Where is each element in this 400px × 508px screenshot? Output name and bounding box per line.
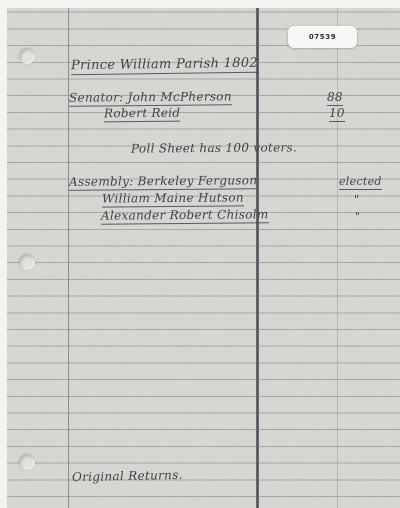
scanned-page: 07539 Prince William Parish 1802 Senator…: [0, 0, 400, 508]
candidate-name: Alexander Robert Chisolm: [101, 207, 269, 224]
ruled-lines: [7, 8, 400, 508]
hole-punch-middle: [19, 254, 35, 270]
poll-sheet-note: Poll Sheet has 100 voters.: [131, 140, 297, 155]
assembly-row-3: Alexander Robert Chisolm: [101, 207, 269, 222]
gutter-line: [256, 8, 259, 508]
senator-row-1: Senator: John McPherson: [69, 89, 232, 104]
catalog-number: 07539: [309, 33, 336, 41]
left-margin-line: [68, 8, 69, 508]
hole-punch-bottom: [19, 454, 35, 470]
right-margin-line: [337, 8, 338, 508]
assembly-result-1: elected: [339, 175, 382, 188]
paper-texture: [7, 8, 400, 508]
assembly-office-label: Assembly:: [69, 174, 134, 189]
page-title: Prince William Parish 1802: [71, 56, 258, 74]
senator-row-2: Robert Reid: [104, 106, 180, 121]
candidate-name: William Maine Hutson: [102, 190, 244, 207]
catalog-sticker: 07539: [288, 26, 357, 48]
assembly-result-2: ": [354, 193, 359, 206]
candidate-name: John McPherson: [128, 89, 232, 104]
candidate-name: Robert Reid: [104, 106, 181, 123]
assembly-row-1: Assembly: Berkeley Ferguson: [69, 173, 257, 189]
assembly-result-3: ": [355, 210, 360, 223]
candidate-name: Berkeley Ferguson: [138, 173, 258, 188]
assembly-row-2: William Maine Hutson: [102, 190, 244, 205]
paper: 07539 Prince William Parish 1802 Senator…: [7, 8, 400, 508]
senator-votes-1: 88: [327, 90, 343, 104]
hole-punch-top: [19, 48, 35, 64]
senator-votes-2: 10: [329, 106, 345, 120]
senator-office-label: Senator:: [69, 90, 124, 104]
footer-note: Original Returns.: [72, 468, 183, 484]
